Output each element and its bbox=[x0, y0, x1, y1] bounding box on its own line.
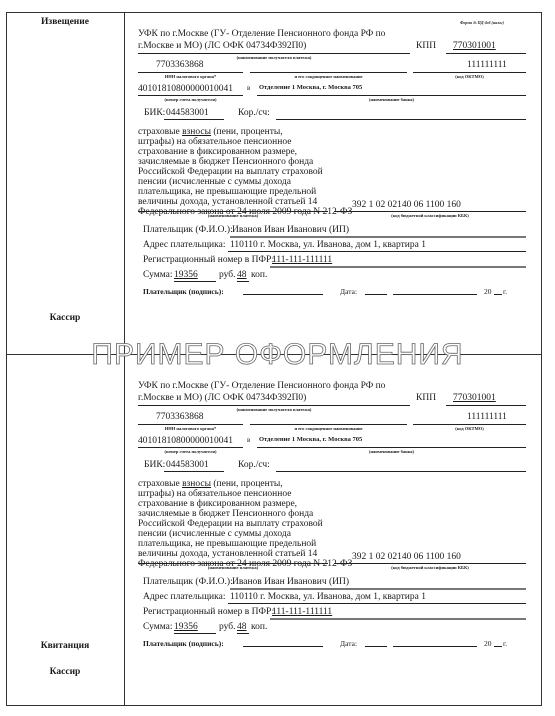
account-caption: (номер счета получателя) bbox=[138, 449, 243, 454]
bank-value[interactable]: Отделение 1 Москва, г. Москва 705 bbox=[259, 436, 362, 443]
purpose-underlined: взносы bbox=[182, 479, 211, 489]
payer-value[interactable]: Иванов Иван Иванович (ИП) bbox=[232, 225, 349, 235]
address-label: Адрес плательщика: bbox=[143, 240, 225, 250]
address-value[interactable]: 110110 г. Москва, ул. Иванова, дом 1, кв… bbox=[230, 240, 426, 250]
oktmo-caption: (код ОКТМО) bbox=[413, 426, 526, 431]
kpp-underline bbox=[446, 53, 526, 54]
sum-rub-underline bbox=[174, 281, 216, 282]
bik-value[interactable]: 044583001 bbox=[166, 460, 209, 470]
sum-label: Сумма: bbox=[143, 270, 173, 280]
year-line[interactable] bbox=[494, 646, 502, 647]
payer-label: Плательщик (Ф.И.О.): bbox=[143, 577, 233, 587]
korr-underline bbox=[276, 471, 526, 472]
korr-underline bbox=[276, 119, 526, 120]
watermark: ПРИМЕР ОФОРМЛЕНИЯ bbox=[0, 338, 555, 372]
payment-underline bbox=[138, 211, 328, 212]
purpose-underlined: взносы bbox=[182, 127, 211, 137]
recipient-line-2: г.Москве и МО) (ЛС ОФК 04734Ф392П0) bbox=[138, 41, 306, 51]
signature-line[interactable] bbox=[243, 294, 323, 295]
kbk-underline bbox=[334, 563, 526, 564]
date-month-line[interactable] bbox=[393, 294, 477, 295]
sum-rub-value[interactable]: 19356 bbox=[174, 270, 198, 280]
korr-label: Кор./сч: bbox=[238, 460, 270, 470]
recipient-underline bbox=[138, 405, 410, 406]
bank-underline bbox=[257, 447, 526, 448]
bik-label: БИК: bbox=[144, 108, 165, 118]
recipient-underline bbox=[138, 53, 410, 54]
pfr-label: Регистрационный номер в ПФР: bbox=[143, 607, 274, 617]
inn-caption: ИНН налогового органа* bbox=[138, 74, 243, 79]
account-underline bbox=[138, 95, 243, 96]
signature-line[interactable] bbox=[243, 646, 323, 647]
date-month-line[interactable] bbox=[393, 646, 477, 647]
inn-underline bbox=[138, 424, 243, 425]
bank-caption: (наименование банка) bbox=[257, 97, 526, 102]
bik-value[interactable]: 044583001 bbox=[166, 108, 209, 118]
oktmo-underline bbox=[413, 424, 526, 425]
year-suffix: г. bbox=[503, 639, 507, 648]
recipient-line-1: УФК по г.Москве (ГУ- Отделение Пенсионно… bbox=[138, 381, 385, 391]
account-value[interactable]: 40101810800000010041 bbox=[138, 436, 233, 446]
account-underline bbox=[138, 447, 243, 448]
signature-label: Плательщик (подпись): bbox=[143, 639, 224, 648]
kpp-underline bbox=[446, 405, 526, 406]
recipient-line-2: г.Москве и МО) (ЛС ОФК 04734Ф392П0) bbox=[138, 393, 306, 403]
in-label: в bbox=[247, 84, 250, 92]
sum-kop-value[interactable]: 48 bbox=[237, 270, 247, 280]
bik-underline bbox=[164, 119, 224, 120]
recipient-line-1: УФК по г.Москве (ГУ- Отделение Пенсионно… bbox=[138, 29, 385, 39]
kbk-value[interactable]: 392 1 02 02140 06 1100 160 bbox=[352, 552, 461, 562]
kbk-value[interactable]: 392 1 02 02140 06 1100 160 bbox=[352, 200, 461, 210]
rub-label: руб. bbox=[219, 270, 235, 280]
payer-underline bbox=[230, 236, 526, 238]
year-suffix: г. bbox=[503, 287, 507, 296]
address-value[interactable]: 110110 г. Москва, ул. Иванова, дом 1, кв… bbox=[230, 592, 426, 602]
address-underline bbox=[228, 603, 526, 604]
signature-label: Плательщик (подпись): bbox=[143, 287, 224, 296]
date-day-line[interactable] bbox=[365, 646, 387, 647]
payer-label: Плательщик (Ф.И.О.): bbox=[143, 225, 233, 235]
payer-value[interactable]: Иванов Иван Иванович (ИП) bbox=[232, 577, 349, 587]
inn-caption: ИНН налогового органа* bbox=[138, 426, 243, 431]
bank-value[interactable]: Отделение 1 Москва, г. Москва 705 bbox=[259, 84, 362, 91]
kpp-value[interactable]: 770301001 bbox=[453, 393, 496, 403]
purpose-rest: (пени, проценты, штрафы) на обязательное… bbox=[138, 127, 352, 217]
short-name-caption: и его сокращенное наименование bbox=[250, 426, 407, 431]
sum-rub-underline bbox=[174, 633, 216, 634]
inn-value[interactable]: 7703363868 bbox=[156, 60, 204, 70]
short-name-caption: и его сокращенное наименование bbox=[250, 74, 407, 79]
in-label: в bbox=[247, 436, 250, 444]
notice-slip: УФК по г.Москве (ГУ- Отделение Пенсионно… bbox=[0, 0, 555, 354]
year-prefix: 20 bbox=[484, 639, 492, 648]
kbk-caption: (код бюджетной классификации КБК) bbox=[334, 213, 526, 218]
date-label: Дата: bbox=[340, 287, 357, 296]
short-name-underline bbox=[250, 424, 407, 425]
inn-underline bbox=[138, 72, 243, 73]
rub-label: руб. bbox=[219, 622, 235, 632]
date-label: Дата: bbox=[340, 639, 357, 648]
sum-kop-underline bbox=[237, 633, 249, 634]
payment-underline bbox=[138, 563, 328, 564]
payment-caption: (наименование платежа) bbox=[138, 213, 328, 218]
receipt-slip: УФК по г.Москве (ГУ- Отделение Пенсионно… bbox=[0, 352, 555, 714]
bank-underline bbox=[257, 95, 526, 96]
oktmo-caption: (код ОКТМО) bbox=[413, 74, 526, 79]
account-value[interactable]: 40101810800000010041 bbox=[138, 84, 233, 94]
payment-purpose: страховые взносы (пени, проценты, штрафы… bbox=[138, 127, 368, 217]
kbk-underline bbox=[334, 211, 526, 212]
kbk-caption: (код бюджетной классификации КБК) bbox=[334, 565, 526, 570]
sum-kop-value[interactable]: 48 bbox=[237, 622, 247, 632]
oktmo-value[interactable]: 111111111 bbox=[467, 60, 507, 70]
korr-label: Кор./сч: bbox=[238, 108, 270, 118]
purpose-prefix: страховые bbox=[138, 479, 182, 489]
date-day-line[interactable] bbox=[365, 294, 387, 295]
year-line[interactable] bbox=[494, 294, 502, 295]
bik-label: БИК: bbox=[144, 460, 165, 470]
kpp-value[interactable]: 770301001 bbox=[453, 41, 496, 51]
kop-label: коп. bbox=[251, 622, 267, 632]
year-prefix: 20 bbox=[484, 287, 492, 296]
pfr-underline bbox=[270, 618, 526, 620]
kpp-label: КПП bbox=[416, 393, 436, 403]
short-name-underline bbox=[250, 72, 407, 73]
sum-kop-underline bbox=[237, 281, 249, 282]
purpose-rest: (пени, проценты, штрафы) на обязательное… bbox=[138, 479, 352, 569]
pfr-label: Регистрационный номер в ПФР: bbox=[143, 255, 274, 265]
bank-caption: (наименование банка) bbox=[257, 449, 526, 454]
payment-purpose: страховые взносы (пени, проценты, штрафы… bbox=[138, 479, 368, 569]
sum-label: Сумма: bbox=[143, 622, 173, 632]
bik-underline bbox=[164, 471, 224, 472]
oktmo-value[interactable]: 111111111 bbox=[467, 412, 507, 422]
payment-caption: (наименование платежа) bbox=[138, 565, 328, 570]
payer-underline bbox=[230, 588, 526, 590]
address-label: Адрес плательщика: bbox=[143, 592, 225, 602]
oktmo-underline bbox=[413, 72, 526, 73]
account-caption: (номер счета получателя) bbox=[138, 97, 243, 102]
kop-label: коп. bbox=[251, 270, 267, 280]
kpp-label: КПП bbox=[416, 41, 436, 51]
pfr-underline bbox=[270, 266, 526, 268]
inn-value[interactable]: 7703363868 bbox=[156, 412, 204, 422]
purpose-prefix: страховые bbox=[138, 127, 182, 137]
sum-rub-value[interactable]: 19356 bbox=[174, 622, 198, 632]
pfr-value[interactable]: 111-111-111111 bbox=[272, 255, 332, 265]
address-underline bbox=[228, 251, 526, 252]
pfr-value[interactable]: 111-111-111111 bbox=[272, 607, 332, 617]
